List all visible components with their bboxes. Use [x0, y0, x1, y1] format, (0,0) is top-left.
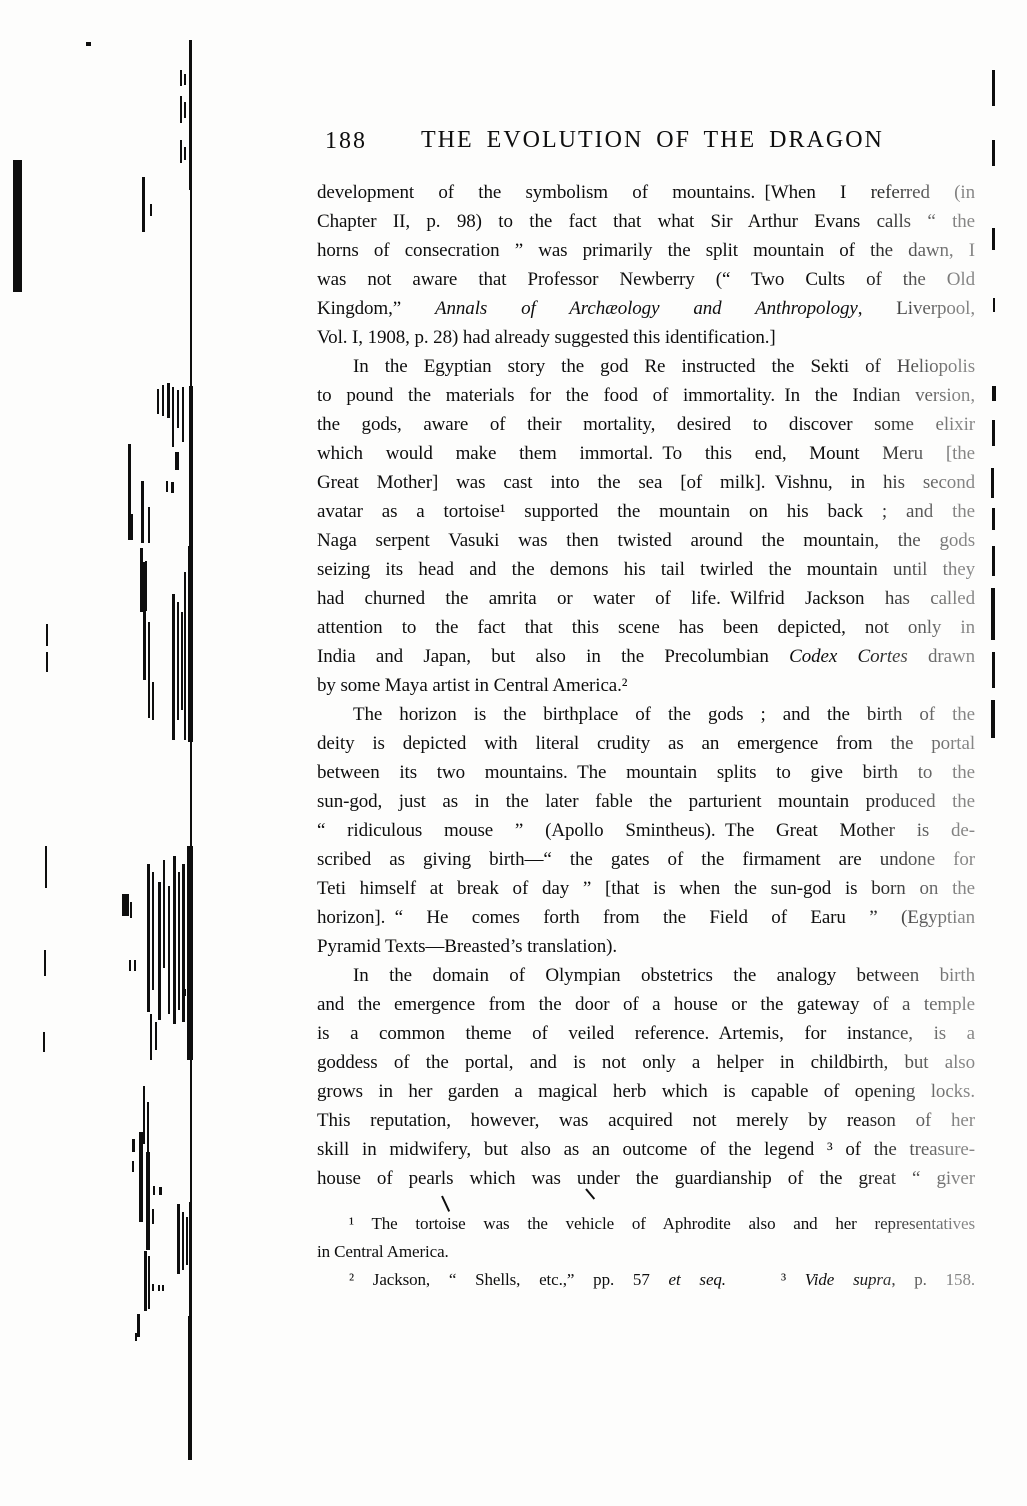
- italic-text: et seq.: [669, 1270, 726, 1289]
- scan-artifact-left: [135, 1333, 137, 1341]
- text-line: Great Mother] was cast into the sea [of …: [317, 468, 975, 497]
- scan-artifact-left: [171, 482, 174, 493]
- text-line: house of pearls which was under the guar…: [317, 1164, 975, 1193]
- text-line: horns of consecration ” was primarily th…: [317, 236, 975, 265]
- scan-artifact-left: [190, 190, 192, 386]
- scan-artifact-left: [175, 452, 179, 470]
- scan-artifact-left: [190, 1060, 192, 1202]
- scan-artifact-left: [168, 886, 170, 1014]
- scan-artifact-left: [189, 386, 193, 546]
- text-segment: was not aware that Professor Newberry (“…: [317, 269, 975, 290]
- scan-artifact-left: [150, 1014, 152, 1060]
- text-line: sun-god, just as in the later fable the …: [317, 787, 975, 816]
- text-line: ¹ The tortoise was the vehicle of Aphrod…: [317, 1210, 975, 1238]
- scan-artifact-right: [991, 700, 995, 738]
- text-segment: between its two mountains. The mountain …: [317, 762, 975, 783]
- scan-artifact-right: [992, 652, 995, 688]
- text-segment: Vol. I, 1908, p. 28) had already suggest…: [317, 327, 776, 348]
- scan-artifact-left: [144, 1251, 147, 1311]
- text-line: deity is depicted with literal crudity a…: [317, 729, 975, 758]
- text-segment: Great Mother] was cast into the sea [of …: [317, 472, 975, 493]
- text-line: and the emergence from the door of a hou…: [317, 990, 975, 1019]
- scan-artifact-left: [45, 846, 47, 888]
- scan-artifact-left: [147, 1102, 149, 1154]
- text-segment: and the emergence from the door of a hou…: [317, 994, 975, 1015]
- text-line: to pound the materials for the food of i…: [317, 381, 975, 410]
- text-line: “ ridiculous mouse ” (Apollo Smintheus).…: [317, 816, 975, 845]
- scan-artifact-right: [992, 546, 995, 576]
- italic-text: Annals of Archæology and Anthropology: [435, 298, 858, 319]
- scan-artifact-left: [146, 1152, 150, 1250]
- text-line: attention to the fact that this scene ha…: [317, 613, 975, 642]
- text-segment: deity is depicted with literal crudity a…: [317, 733, 975, 754]
- scan-artifact-right: [992, 386, 996, 401]
- scan-artifact-left: [44, 950, 46, 976]
- scan-artifact-left: [132, 1161, 134, 1172]
- text-line: between its two mountains. The mountain …: [317, 758, 975, 787]
- scan-artifact-left: [184, 572, 186, 740]
- scan-artifact-left: [184, 74, 186, 85]
- text-segment: skill in midwifery, but also as an outco…: [317, 1139, 975, 1160]
- text-line: In the Egyptian story the god Re instruc…: [317, 352, 975, 381]
- text-line: In the domain of Olympian obstetrics the…: [317, 961, 975, 990]
- text-line: is a common theme of veiled reference. A…: [317, 1019, 975, 1048]
- scan-artifact-left: [147, 864, 150, 1012]
- text-segment: Teti himself at break of day ” [that is …: [317, 878, 975, 899]
- scan-artifact-left: [86, 42, 91, 46]
- scan-artifact-left: [143, 562, 146, 680]
- scan-artifact-right: [992, 508, 995, 530]
- text-segment: , Liverpool,: [858, 298, 975, 319]
- scan-artifact-right: [991, 468, 994, 498]
- scan-artifact-right: [992, 228, 995, 250]
- text-segment: ² Jackson, “ Shells, etc.,” pp. 57: [349, 1270, 669, 1289]
- scan-artifact-left: [180, 140, 182, 163]
- text-line: The horizon is the birthplace of the god…: [317, 700, 975, 729]
- text-segment: sun-god, just as in the later fable the …: [317, 791, 975, 812]
- text-segment: This reputation, however, was acquired n…: [317, 1110, 975, 1131]
- scanned-book-page: { "page": { "number": "188", "title": "T…: [0, 0, 1027, 1506]
- text-segment: seizing its head and the demons his tail…: [317, 559, 975, 580]
- scan-artifact-left: [188, 546, 193, 742]
- scan-artifact-left: [122, 894, 129, 916]
- scan-artifact-left: [167, 383, 170, 418]
- text-line: horizon]. “ He comes forth from the Fiel…: [317, 903, 975, 932]
- text-line: Teti himself at break of day ” [that is …: [317, 874, 975, 903]
- text-line: skill in midwifery, but also as an outco…: [317, 1135, 975, 1164]
- scan-artifact-left: [159, 1187, 162, 1195]
- text-segment: The horizon is the birthplace of the god…: [353, 704, 975, 725]
- footnotes: ¹ The tortoise was the vehicle of Aphrod…: [317, 1210, 975, 1294]
- scan-artifact-left: [130, 902, 132, 918]
- text-segment: grows in her garden a magical herb which…: [317, 1081, 975, 1102]
- text-segment: house of pearls which was under the guar…: [317, 1168, 975, 1189]
- text-segment: In the Egyptian story the god Re instruc…: [353, 356, 975, 377]
- scan-artifact-right: [992, 420, 995, 446]
- scan-artifact-left: [181, 612, 183, 710]
- text-line: avatar as a tortoise¹ supported the moun…: [317, 497, 975, 526]
- text-segment: Chapter II, p. 98) to the fact that what…: [317, 211, 975, 232]
- scan-artifact-left: [152, 1284, 154, 1291]
- text-segment: avatar as a tortoise¹ supported the moun…: [317, 501, 975, 522]
- scan-artifact-left: [162, 1285, 164, 1291]
- text-segment: goddess of the portal, and is not only a…: [317, 1052, 975, 1073]
- scan-artifact-left: [177, 1204, 180, 1274]
- text-segment: by some Maya artist in Central America.²: [317, 675, 627, 696]
- scan-artifact-left: [129, 960, 131, 971]
- text-segment: ¹ The tortoise was the vehicle of Aphrod…: [349, 1214, 975, 1233]
- text-line: the gods, aware of their mortality, desi…: [317, 410, 975, 439]
- scan-artifact-left: [182, 864, 185, 1022]
- text-segment: , p. 158.: [891, 1270, 975, 1289]
- scan-artifact-left: [46, 624, 48, 646]
- scan-artifact-left: [155, 1022, 157, 1050]
- text-line: Naga serpent Vasuki was then twisted aro…: [317, 526, 975, 555]
- scan-artifact-left: [132, 1139, 135, 1152]
- text-line: Kingdom,” Annals of Archæology and Anthr…: [317, 294, 975, 323]
- scan-artifact-left: [157, 389, 159, 414]
- text-segment: Pyramid Texts—Breasted’s translation).: [317, 936, 617, 957]
- scan-artifact-left: [189, 1202, 192, 1316]
- scan-artifact-left: [148, 507, 150, 543]
- scan-artifact-left: [188, 1316, 192, 1460]
- scan-artifact-left: [172, 594, 175, 740]
- scan-artifact-left: [46, 652, 48, 672]
- text-line: development of the symbolism of mountain…: [317, 178, 975, 207]
- page-number: 188: [325, 128, 367, 155]
- text-line: scribed as giving birth—“ the gates of t…: [317, 845, 975, 874]
- scan-artifact-left: [183, 989, 186, 996]
- text-line: seizing its head and the demons his tail…: [317, 555, 975, 584]
- scan-artifact-left: [142, 177, 145, 232]
- text-line: ² Jackson, “ Shells, etc.,” pp. 57 et se…: [317, 1266, 975, 1294]
- text-line: India and Japan, but also in the Precolu…: [317, 642, 975, 671]
- italic-text: Vide supra: [805, 1270, 892, 1289]
- scan-artifact-left: [180, 70, 182, 86]
- scan-artifact-right: [993, 298, 995, 312]
- text-line: Chapter II, p. 98) to the fact that what…: [317, 207, 975, 236]
- scan-artifact-left: [184, 102, 186, 118]
- text-segment: Naga serpent Vasuki was then twisted aro…: [317, 530, 975, 551]
- text-line: by some Maya artist in Central America.²: [317, 671, 975, 700]
- scan-artifact-left: [190, 742, 192, 846]
- text-segment: India and Japan, but also in the Precolu…: [317, 646, 789, 667]
- text-segment: drawn: [908, 646, 975, 667]
- text-line: grows in her garden a magical herb which…: [317, 1077, 975, 1106]
- scan-artifact-right: [992, 70, 995, 106]
- scan-artifact-left: [148, 622, 150, 718]
- scan-artifact-left: [184, 147, 186, 160]
- text-line: was not aware that Professor Newberry (“…: [317, 265, 975, 294]
- text-line: Vol. I, 1908, p. 28) had already suggest…: [317, 323, 975, 352]
- text-line: Pyramid Texts—Breasted’s translation).: [317, 932, 975, 961]
- scan-artifact-left: [13, 160, 22, 292]
- text-segment: horizon]. “ He comes forth from the Fiel…: [317, 907, 975, 928]
- text-segment: is a common theme of veiled reference. A…: [317, 1023, 975, 1044]
- scan-artifact-left: [137, 1314, 140, 1337]
- text-segment: attention to the fact that this scene ha…: [317, 617, 975, 638]
- scan-artifact-right: [991, 588, 995, 640]
- scan-artifact-left: [152, 1209, 154, 1224]
- scan-artifact-right: [992, 140, 995, 166]
- scan-artifact-left: [180, 96, 182, 123]
- scan-artifact-left: [43, 1032, 45, 1052]
- scan-artifact-left: [152, 872, 154, 990]
- scan-artifact-left: [182, 387, 184, 442]
- scan-artifact-left: [129, 514, 133, 540]
- text-line: This reputation, however, was acquired n…: [317, 1106, 975, 1135]
- text-segment: in Central America.: [317, 1242, 449, 1261]
- scan-artifact-left: [178, 988, 180, 996]
- scan-artifact-left: [134, 960, 136, 971]
- text-segment: development of the symbolism of mountain…: [317, 182, 975, 203]
- scan-artifact-left: [182, 1212, 184, 1270]
- text-line: goddess of the portal, and is not only a…: [317, 1048, 975, 1077]
- scan-artifact-left: [162, 385, 164, 416]
- scan-artifact-left: [152, 682, 154, 720]
- scan-artifact-left: [177, 390, 179, 428]
- text-line: in Central America.: [317, 1238, 975, 1266]
- text-line: had churned the amrita or water of life.…: [317, 584, 975, 613]
- text-segment: horns of consecration ” was primarily th…: [317, 240, 975, 261]
- text-segment: the gods, aware of their mortality, desi…: [317, 414, 975, 435]
- scan-artifact-left: [187, 846, 193, 1060]
- scan-artifact-left: [158, 882, 161, 1020]
- text-segment: “ ridiculous mouse ” (Apollo Smintheus).…: [317, 820, 975, 841]
- scan-artifact-left: [150, 204, 152, 216]
- scan-artifact-left: [143, 1086, 145, 1144]
- text-line: which would make them immortal. To this …: [317, 439, 975, 468]
- text-segment: scribed as giving birth—“ the gates of t…: [317, 849, 975, 870]
- body-text: development of the symbolism of mountain…: [317, 178, 975, 1193]
- scan-artifact-left: [158, 1285, 160, 1291]
- scan-artifact-left: [189, 40, 192, 190]
- text-segment: In the domain of Olympian obstetrics the…: [353, 965, 975, 986]
- scan-artifact-left: [173, 856, 176, 1024]
- scan-artifact-left: [166, 481, 168, 492]
- running-title: THE EVOLUTION OF THE DRAGON: [421, 127, 884, 154]
- scan-artifact-left: [139, 1132, 143, 1222]
- scan-artifact-left: [148, 1256, 150, 1309]
- text-segment: ³: [781, 1270, 805, 1289]
- text-segment: Kingdom,”: [317, 298, 435, 319]
- page-header: 188 THE EVOLUTION OF THE DRAGON: [317, 128, 975, 160]
- italic-text: Codex Cortes: [789, 646, 908, 667]
- scan-artifact-left: [163, 860, 165, 968]
- scan-artifact-left: [186, 1217, 188, 1265]
- text-segment: which would make them immortal. To this …: [317, 443, 975, 464]
- text-segment: to pound the materials for the food of i…: [317, 385, 975, 406]
- text-segment: had churned the amrita or water of life.…: [317, 588, 975, 609]
- scan-artifact-left: [153, 1186, 155, 1195]
- scan-artifact-left: [177, 602, 179, 720]
- scan-artifact-left: [141, 481, 144, 543]
- scan-artifact-left: [172, 387, 174, 447]
